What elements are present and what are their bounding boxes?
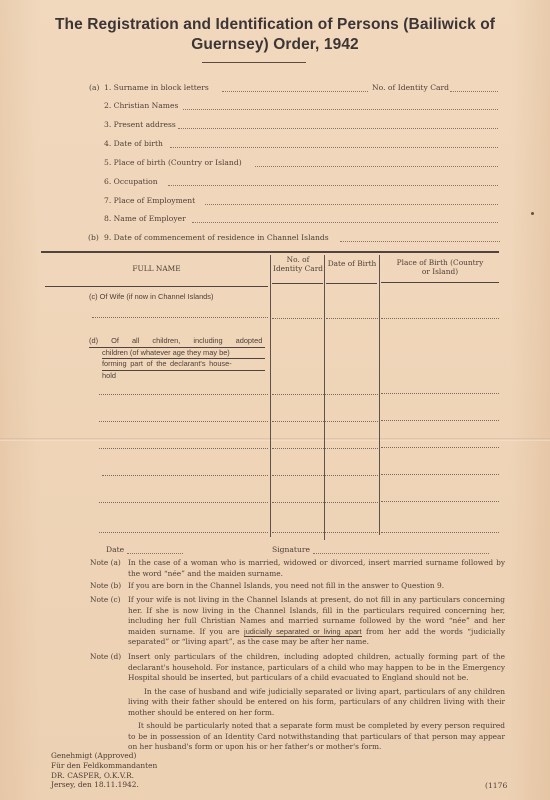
date-label: Date (106, 545, 124, 555)
wife-row-label: (c) Of Wife (if now in Channel Islands) (89, 292, 213, 303)
child-6-name-field[interactable] (99, 532, 268, 533)
children-label-line-4: hold (102, 371, 265, 382)
header-place-of-birth: Place of Birth (Country or Island) (395, 258, 485, 276)
q1-surname-label: 1. Surname in block letters (104, 83, 209, 93)
section-a-label: (a) (89, 83, 99, 93)
form-number: (1176 (485, 781, 507, 791)
paper-blemish (531, 212, 534, 215)
q9-residence-date-label: 9. Date of commencement of residence in … (104, 233, 329, 243)
child-6-pob-field[interactable] (381, 532, 499, 533)
note-a-label: Note (a) (90, 558, 121, 569)
child-3-name-field[interactable] (99, 448, 268, 449)
dob-header-rule (326, 283, 377, 284)
child-1-id-dob-field[interactable] (272, 394, 378, 395)
note-c-underlined: judicially separated or living apart (244, 627, 362, 637)
column-divider-2 (324, 255, 325, 540)
children-label-line-3: forming part of the declarant's house- (102, 359, 265, 371)
q1-surname-field[interactable] (222, 91, 368, 92)
child-3-pob-field[interactable] (381, 447, 499, 448)
wife-id-field[interactable] (272, 318, 322, 319)
q7-place-of-employment-field[interactable] (205, 204, 498, 205)
name-header-rule (45, 286, 268, 287)
approval-line-2: Für den Feldkommandanten (51, 761, 157, 771)
note-a-text: In the case of a woman who is married, w… (128, 558, 505, 579)
q9-residence-date-field[interactable] (340, 241, 500, 242)
child-4-id-dob-field[interactable] (272, 475, 378, 476)
note-c-text: If your wife is not living in the Channe… (128, 595, 505, 648)
child-5-name-field[interactable] (99, 502, 268, 503)
signature-field[interactable] (313, 553, 489, 554)
q6-occupation-label: 6. Occupation (104, 177, 158, 187)
approval-block: Genehmigt (Approved) Für den Feldkommand… (51, 751, 157, 790)
note-d-para2: In the case of husband and wife judicial… (128, 687, 505, 719)
title-line-2: Guernsey) Order, 1942 (30, 35, 520, 55)
header-full-name: FULL NAME (45, 264, 268, 273)
child-2-pob-field[interactable] (381, 420, 499, 421)
q7-place-of-employment-label: 7. Place of Employment (104, 196, 195, 206)
q5-birthplace-label: 5. Place of birth (Country or Island) (104, 158, 242, 168)
identity-card-label: No. of Identity Card (372, 83, 449, 93)
note-b-label: Note (b) (90, 581, 121, 592)
column-divider-3 (379, 255, 380, 535)
header-identity-card: No. of Identity Card (273, 255, 323, 273)
child-4-name-field[interactable] (102, 475, 268, 476)
child-2-id-dob-field[interactable] (272, 421, 378, 422)
column-divider-1 (270, 255, 271, 537)
id-header-rule (272, 283, 323, 284)
q8-employer-label: 8. Name of Employer (104, 214, 186, 224)
q4-dob-field[interactable] (170, 147, 498, 148)
q4-dob-label: 4. Date of birth (104, 139, 163, 149)
title-line-1: The Registration and Identification of P… (30, 15, 520, 35)
child-1-pob-field[interactable] (381, 393, 499, 394)
document-title: The Registration and Identification of P… (30, 15, 520, 55)
q5-birthplace-field[interactable] (255, 166, 498, 167)
identity-card-field[interactable] (450, 91, 498, 92)
q2-christian-names-field[interactable] (183, 109, 498, 110)
note-c-label: Note (c) (90, 595, 121, 606)
child-5-id-dob-field[interactable] (272, 502, 378, 503)
date-field[interactable] (127, 553, 183, 554)
children-label-line-2: children (of whatever age they may be) (102, 348, 265, 360)
q6-occupation-field[interactable] (168, 185, 498, 186)
header-date-of-birth: Date of Birth (327, 259, 377, 268)
q8-employer-field[interactable] (192, 222, 498, 223)
section-b-label: (b) (88, 233, 99, 243)
table-top-rule (41, 251, 499, 253)
note-b-text: If you are born in the Channel Islands, … (128, 581, 505, 592)
signature-label: Signature (272, 545, 310, 555)
wife-name-field[interactable] (92, 317, 268, 318)
child-3-id-dob-field[interactable] (272, 448, 378, 449)
pob-header-rule (381, 282, 499, 283)
paper-fold-crease (0, 438, 550, 441)
child-1-name-field[interactable] (99, 394, 268, 395)
title-underline (202, 62, 306, 63)
approval-line-3: DR. CASPER, O.K.V.R. (51, 771, 157, 781)
children-row-label: (d) Of all children, including adopted c… (89, 336, 265, 381)
child-5-pob-field[interactable] (381, 501, 499, 502)
q3-address-field[interactable] (178, 128, 498, 129)
child-2-name-field[interactable] (99, 421, 268, 422)
note-d-label: Note (d) (90, 652, 121, 663)
note-d-text: Insert only particulars of the children,… (128, 652, 505, 684)
approval-line-1: Genehmigt (Approved) (51, 751, 157, 761)
children-label-line-1: (d) Of all children, including adopted (89, 336, 265, 348)
wife-pob-field[interactable] (381, 318, 499, 319)
note-d-para3: It should be particularly noted that a s… (128, 721, 505, 753)
q3-address-label: 3. Present address (104, 120, 176, 130)
wife-dob-field[interactable] (326, 318, 378, 319)
note-d-body: Insert only particulars of the children,… (128, 652, 505, 753)
child-4-pob-field[interactable] (381, 474, 499, 475)
child-6-id-dob-field[interactable] (272, 532, 378, 533)
approval-line-4: Jersey, den 18.11.1942. (51, 780, 157, 790)
note-a: Note (a) In the case of a woman who is m… (90, 558, 505, 580)
q2-christian-names-label: 2. Christian Names (104, 101, 178, 111)
